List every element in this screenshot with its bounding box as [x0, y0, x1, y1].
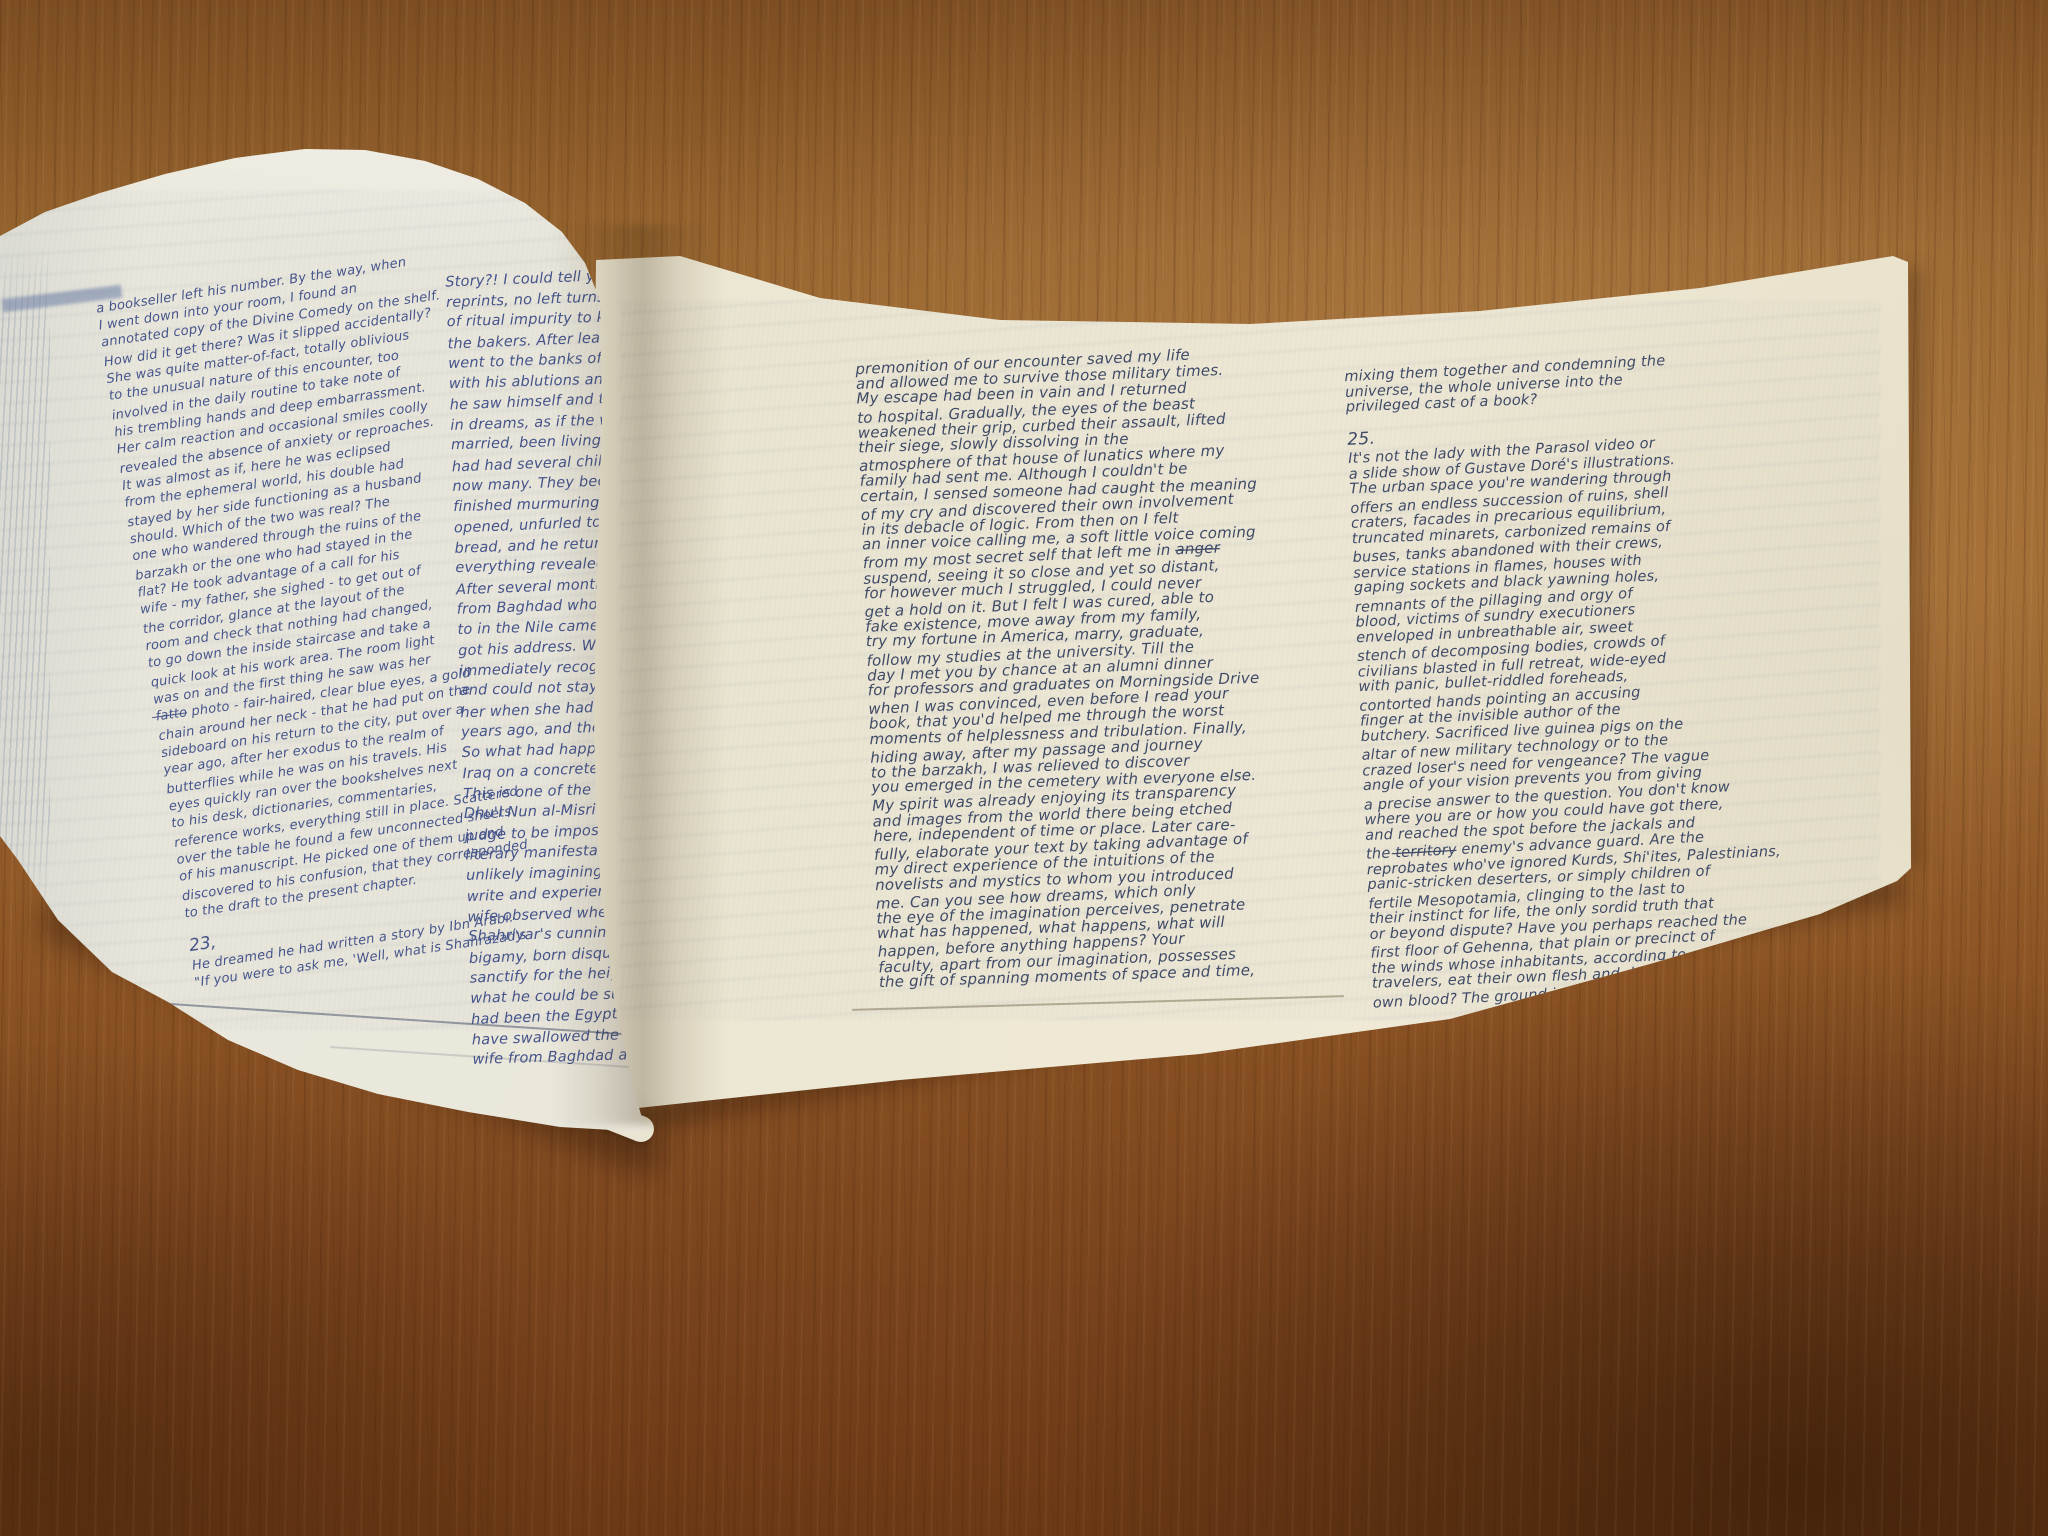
right-page-column-2: mixing them together and condemning theu… [1344, 346, 1853, 1010]
wood-table: premonition of our encounter saved my li… [0, 0, 2048, 1536]
right-page-column-1: premonition of our encounter saved my li… [855, 342, 1349, 991]
page-stack-edges [0, 246, 50, 922]
right-column-2-text: It's not the lady with the Parasol video… [1348, 428, 1853, 1010]
printed-rule-right-col2 [1339, 1030, 1836, 1072]
right-column-1-text: premonition of our encounter saved my li… [855, 342, 1349, 991]
